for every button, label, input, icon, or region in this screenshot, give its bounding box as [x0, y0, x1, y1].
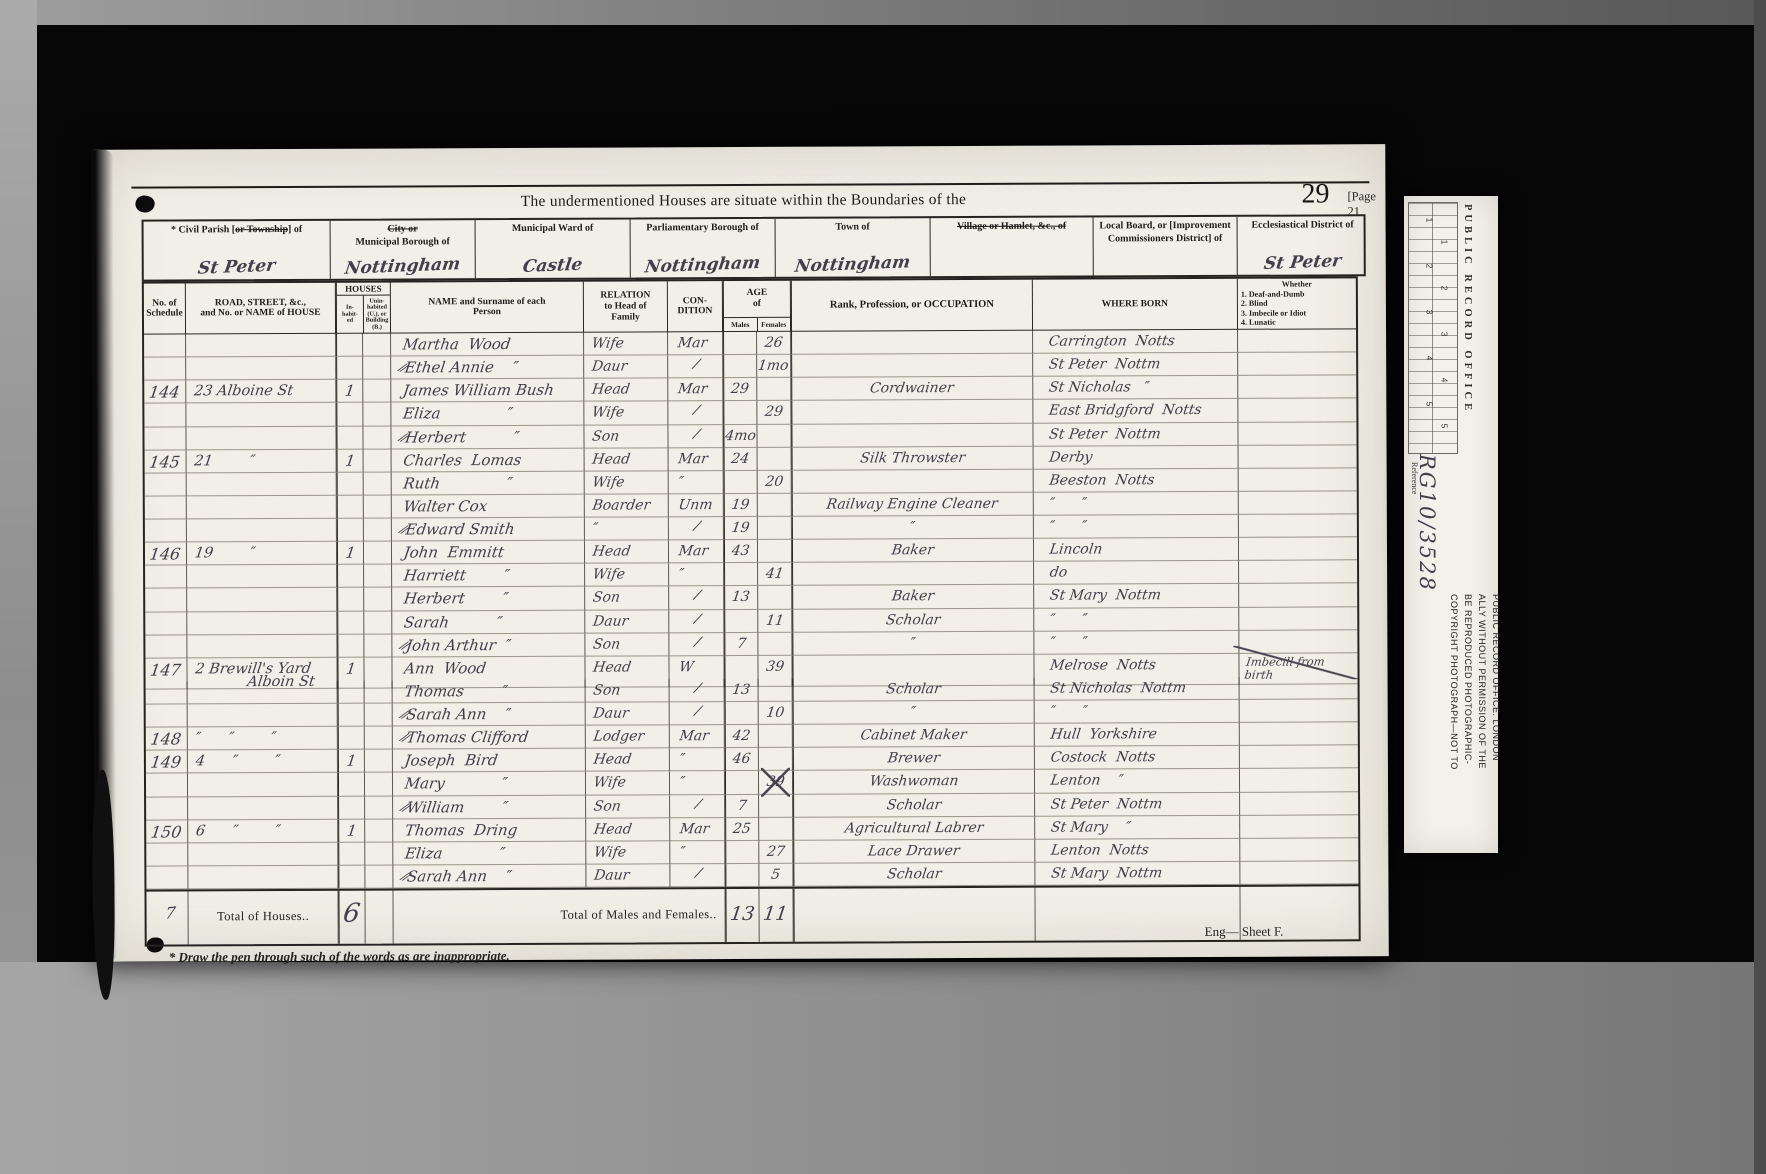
- cell-born: St Peter Nottm: [1035, 792, 1240, 816]
- cell-uninhabited: [364, 565, 392, 588]
- cell-relation: Son: [585, 633, 669, 656]
- sheet-note: Eng— Sheet F.: [1205, 924, 1284, 940]
- handwritten-born: St Mary ″: [1050, 816, 1132, 834]
- cell-remark: [1239, 561, 1357, 585]
- cell-condition: Mar: [668, 332, 723, 355]
- cell-relation: Wife: [586, 772, 670, 795]
- cell-age_m: 24: [724, 448, 758, 471]
- cell-name: ∕∕Sarah Ann ″: [393, 865, 586, 889]
- cell-uninhabited: [364, 542, 392, 565]
- cell-inhabited: 1: [337, 449, 364, 472]
- header-field: Village or Hamlet, &c., of: [931, 217, 1094, 276]
- cell-schedule: 150: [146, 820, 188, 843]
- totals-row: 7 Total of Houses.. 6 Total of Males and…: [146, 884, 1358, 944]
- cell-age_f: [758, 540, 792, 563]
- cell-condition: ∕: [668, 401, 723, 424]
- handwritten-condition: Mar: [677, 448, 709, 466]
- handwritten-field-value: Nottingham: [629, 250, 777, 277]
- handwritten-condition: ∕: [692, 403, 701, 417]
- field-label: Parliamentary Borough of: [631, 222, 775, 235]
- cell-age_m: [725, 841, 759, 864]
- scale-number: 4: [1439, 378, 1449, 383]
- handwritten-condition: ∕: [694, 704, 703, 718]
- cell-remark: [1240, 815, 1358, 839]
- cell-age_f: [759, 679, 793, 702]
- cell-age_f: 27: [759, 841, 793, 864]
- cell-inhabited: [338, 773, 365, 796]
- cell-name: ∕∕Edward Smith: [392, 518, 585, 542]
- col-schedule: No. of Schedule: [144, 283, 186, 334]
- handwritten-born: ″ ″: [1049, 631, 1089, 649]
- cell-age_f: 26: [757, 332, 791, 355]
- cell-age_f: [759, 725, 793, 748]
- handwritten-relation: Head: [593, 749, 633, 767]
- cell-condition: Mar: [669, 448, 724, 471]
- cell-inhabited: [336, 426, 363, 449]
- header-field: City orMunicipal Borough ofNottingham: [331, 220, 476, 279]
- cell-road: [186, 334, 336, 358]
- handwritten-born: Hull Yorkshire: [1050, 723, 1159, 741]
- cell-age_m: 42: [725, 725, 759, 748]
- cell-occupation: Brewer: [793, 747, 1035, 771]
- handwritten-schedule: 147: [149, 658, 182, 678]
- header-field: Local Board, or [ImprovementCommissioner…: [1094, 217, 1238, 276]
- field-label-text: Town of: [835, 221, 869, 232]
- cell-name: ∕∕Ethel Annie ″: [391, 356, 584, 380]
- handwritten-reference-number: RG10/3528: [1416, 454, 1437, 684]
- cell-relation: Boarder: [585, 494, 669, 517]
- cell-road: 6 ″ ″: [188, 819, 338, 843]
- handwritten-age_f: 27: [766, 841, 786, 859]
- handwritten-field-value: Nottingham: [774, 249, 932, 276]
- cell-remark: [1239, 445, 1357, 469]
- cell-occupation: Cabinet Maker: [793, 724, 1035, 748]
- cell-inhabited: [338, 842, 365, 865]
- handwritten-relation: Wife: [591, 333, 626, 351]
- cell-uninhabited: [365, 704, 393, 727]
- handwritten-name: Herbert ″: [404, 425, 521, 445]
- handwritten-occupation: ″: [910, 701, 918, 719]
- handwritten-age_m: 7: [736, 794, 747, 812]
- handwritten-born: Melrose Notts: [1049, 654, 1157, 672]
- handwritten-age_m: 25: [732, 818, 752, 836]
- cell-born: ″ ″: [1034, 607, 1239, 631]
- header-field: Parliamentary Borough ofNottingham: [631, 219, 776, 278]
- copyright-line: ALLY WITHOUT PERMISSION OF THE: [1474, 594, 1488, 848]
- field-label-line: Town of: [776, 221, 930, 234]
- cell-schedule: [145, 566, 187, 589]
- handwritten-occupation: Agricultural Labrer: [844, 817, 985, 836]
- cell-age_m: 4mo: [723, 424, 757, 447]
- total-males-females-label: Total of Males and Females..: [393, 889, 724, 923]
- cell-remark: [1240, 769, 1358, 793]
- handwritten-relation: Wife: [592, 564, 627, 582]
- handwritten-age_m: 19: [731, 517, 751, 535]
- pro-reference-card: 1234512345 PUBLIC RECORD OFFICE Referenc…: [1404, 196, 1498, 853]
- handwritten-relation: Son: [592, 679, 621, 697]
- handwritten-name: Walter Cox: [402, 495, 488, 514]
- cell-condition: ∕: [669, 517, 724, 540]
- scale-number: 5: [1424, 402, 1434, 407]
- field-label-line: City or: [331, 223, 475, 236]
- col-age-title: AGE of: [724, 281, 790, 317]
- cell-inhabited: [336, 357, 363, 380]
- cell-name: ∕∕Thomas Clifford: [393, 726, 586, 750]
- handwritten-born: Derby: [1048, 446, 1094, 464]
- handwritten-age_f: 26: [763, 332, 783, 350]
- cell-occupation: Cordwainer: [791, 377, 1033, 401]
- cell-age_f: 5: [759, 864, 793, 887]
- handwritten-name: John Arthur ″: [405, 634, 512, 653]
- field-label: Local Board, or [ImprovementCommissioner…: [1094, 220, 1237, 246]
- field-label-line: Village or Hamlet, &c., of: [931, 220, 1093, 233]
- handwritten-field-value: Nottingham: [329, 252, 477, 279]
- handwritten-born: East Bridgford Notts: [1048, 399, 1203, 418]
- cell-road: [188, 843, 338, 867]
- cell-born: Carrington Notts: [1033, 330, 1238, 354]
- cell-remark: [1238, 422, 1356, 446]
- cell-occupation: Baker: [792, 585, 1034, 609]
- cell-condition: ∕: [670, 795, 725, 818]
- cell-relation: Wife: [584, 332, 668, 355]
- cell-blank: [365, 891, 393, 944]
- cell-relation: Wife: [586, 841, 670, 864]
- handwritten-age_m: 42: [732, 725, 752, 743]
- cell-relation: Lodger: [586, 725, 670, 748]
- cell-relation: Son: [585, 587, 669, 610]
- handwritten-inhabited: 1: [345, 657, 357, 676]
- cell-inhabited: [338, 866, 365, 889]
- cell-born: Lincoln: [1034, 538, 1239, 562]
- total-houses-label: Total of Houses..: [188, 891, 337, 925]
- handwritten-name: Sarah Ann ″: [406, 865, 513, 884]
- table-header: No. of Schedule ROAD, STREET, &c., and N…: [144, 278, 1356, 334]
- cell-occupation: Scholar: [793, 863, 1035, 887]
- cell-age_m: 19: [724, 517, 758, 540]
- cell-name: ∕∕John Arthur ″: [392, 633, 585, 657]
- cell-age_f: 29: [757, 401, 791, 424]
- cell-condition: Mar: [670, 818, 725, 841]
- cell-age_m: 7: [725, 794, 759, 817]
- cell-occupation: [791, 331, 1033, 355]
- cell-schedule: [145, 635, 187, 658]
- handwritten-schedule: 146: [149, 543, 182, 563]
- handwritten-occupation: Baker: [891, 586, 936, 604]
- cell-age_m: [724, 563, 758, 586]
- cell-occupation: Scholar: [792, 608, 1034, 632]
- cell-occupation: ″: [792, 516, 1034, 540]
- cell-age_m: [725, 702, 759, 725]
- handwritten-occupation: Baker: [891, 539, 936, 557]
- cell-remark: [1240, 792, 1358, 816]
- field-label-line: Commissioners District] of: [1094, 232, 1237, 245]
- cell-born: St Peter Nottm: [1033, 422, 1238, 446]
- handwritten-relation: Daur: [593, 864, 631, 882]
- handwritten-age_m: 19: [731, 494, 751, 512]
- col-age-males: Males: [724, 318, 758, 332]
- cell-road: 21 ″: [187, 449, 337, 473]
- handwritten-total-males: 13: [729, 901, 756, 924]
- cell-occupation: Silk Throwster: [792, 446, 1034, 470]
- cell-condition: ″: [669, 471, 724, 494]
- copyright-notice: COPYRIGHT PHOTOGRAPH—NOT TOBE REPRODUCED…: [1446, 594, 1502, 848]
- cell-occupation: [791, 400, 1033, 424]
- cell-name: ∕∕Herbert ″: [391, 425, 584, 449]
- handwritten-relation: Head: [591, 448, 631, 466]
- cell-name: Eliza ″: [391, 402, 584, 426]
- cell-road: [186, 403, 336, 427]
- cell-remark: [1240, 699, 1358, 723]
- cell-age_f: [758, 447, 792, 470]
- cell-road: [187, 634, 337, 658]
- handwritten-age_f: 1mo: [757, 355, 790, 373]
- handwritten-age_f: 11: [765, 609, 785, 627]
- cell-uninhabited: [365, 750, 393, 773]
- cell-relation: Daur: [586, 702, 670, 725]
- field-label-text: ] of: [288, 224, 302, 235]
- handwritten-born: Costock Notts: [1050, 746, 1157, 764]
- handwritten-occupation: Scholar: [885, 678, 942, 696]
- cell-age_f: [758, 586, 792, 609]
- cell-road: [187, 565, 337, 589]
- field-label: Town of: [776, 221, 930, 234]
- cell-relation: Head: [585, 448, 669, 471]
- handwritten-age_f: 41: [764, 563, 784, 581]
- cell-uninhabited: [364, 634, 392, 657]
- cell-name: Ruth ″: [392, 471, 585, 495]
- cell-inhabited: 1: [336, 380, 363, 403]
- handwritten-relation: Lodger: [593, 726, 646, 744]
- cell-remark: [1239, 491, 1357, 515]
- field-label-text: City or: [387, 223, 417, 234]
- cell-relation: Head: [585, 540, 669, 563]
- handwritten-condition: ∕: [693, 681, 702, 695]
- handwritten-occupation: Cordwainer: [869, 377, 955, 395]
- cell-age_m: 13: [724, 586, 758, 609]
- scale-number: 3: [1439, 332, 1449, 337]
- cell-inhabited: [338, 727, 365, 750]
- handwritten-inhabited: 1: [345, 750, 357, 769]
- handwritten-born: St Peter Nottm: [1048, 423, 1162, 441]
- cell-remark: [1238, 376, 1356, 400]
- handwritten-condition: Mar: [679, 725, 711, 743]
- cell-road: [186, 426, 336, 450]
- col-houses-title: HOUSES: [337, 283, 390, 296]
- cell-schedule: [145, 496, 187, 519]
- cell-road: [188, 866, 338, 890]
- cell-remark: [1240, 861, 1358, 885]
- cell-inhabited: [336, 403, 363, 426]
- cell-condition: ∕: [669, 610, 724, 633]
- cell-occupation: Scholar: [793, 678, 1035, 702]
- cell-schedule: [146, 866, 188, 889]
- handwritten-schedule: 145: [148, 450, 181, 470]
- cell-condition: ″: [670, 771, 725, 794]
- cell-schedule: [146, 843, 188, 866]
- handwritten-age_m: 13: [731, 679, 751, 697]
- cell-condition: ∕: [670, 864, 725, 887]
- cell-age_m: [723, 355, 757, 378]
- cell-remark: [1239, 537, 1357, 561]
- handwritten-name: Eliza ″: [404, 842, 507, 861]
- handwritten-schedule: 148: [150, 728, 183, 748]
- cell-schedule: 144: [144, 381, 186, 404]
- handwritten-name: Thomas ″: [403, 680, 509, 699]
- cell-condition: ∕: [669, 586, 724, 609]
- cell-born: St Peter Nottm: [1033, 353, 1238, 377]
- cell-relation: Daur: [586, 864, 670, 887]
- cell-uninhabited: [363, 380, 391, 403]
- cell-uninhabited: [365, 842, 393, 865]
- cell-uninhabited: [365, 865, 393, 888]
- field-label-line: Parliamentary Borough of: [631, 222, 775, 235]
- cell-inhabited: [337, 634, 364, 657]
- handwritten-field-value: Castle: [474, 251, 632, 278]
- cell-remark: [1239, 630, 1357, 654]
- cell-born: St Mary ″: [1035, 815, 1240, 839]
- handwritten-born: St Peter Nottm: [1048, 353, 1162, 371]
- cell-uninhabited: [364, 519, 392, 542]
- photo-margin-right: [1754, 0, 1766, 1174]
- cell-relation: Wife: [584, 402, 668, 425]
- cell-born: Costock Notts: [1035, 746, 1240, 770]
- handwritten-occupation: Scholar: [885, 609, 942, 627]
- col-where-born: WHERE BORN: [1033, 279, 1238, 331]
- cell-inhabited: [336, 334, 363, 357]
- cell-occupation: Railway Engine Cleaner: [792, 493, 1034, 517]
- cell-schedule: [145, 473, 187, 496]
- cell-inhabited: 1: [338, 750, 365, 773]
- cell-occupation: Baker: [792, 539, 1034, 563]
- handwritten-born: ″ ″: [1049, 515, 1089, 533]
- cell-age_m: 29: [723, 378, 757, 401]
- cell-schedule: [146, 797, 188, 820]
- cell-road: ″ ″ ″: [188, 727, 338, 751]
- cell-occupation: [792, 469, 1034, 493]
- scale-number: 3: [1424, 310, 1434, 315]
- cell-age_f: [758, 517, 792, 540]
- handwritten-born: St Peter Nottm: [1050, 793, 1164, 811]
- handwritten-relation: Son: [592, 587, 621, 605]
- cell-remark: [1238, 352, 1356, 376]
- census-sheet: The undermentioned Houses are situate wi…: [93, 144, 1389, 962]
- whether-item: 3. Imbecile or Idiot: [1241, 308, 1306, 318]
- field-label-text: Local Board, or [Improvement: [1099, 220, 1230, 232]
- handwritten-occupation: Scholar: [886, 794, 943, 812]
- cell-condition: Mar: [670, 725, 725, 748]
- col-name: NAME and Surname of each Person: [391, 282, 584, 334]
- field-label-text: Parliamentary Borough of: [646, 222, 759, 233]
- cell-name: Herbert ″: [392, 587, 585, 611]
- cell-total-houses-label: Total of Houses..: [188, 891, 338, 945]
- handwritten-schedule: 149: [150, 751, 183, 771]
- cell-uninhabited: [364, 449, 392, 472]
- field-label-line: Local Board, or [Improvement: [1094, 220, 1237, 233]
- handwritten-condition: Unm: [678, 494, 715, 512]
- handwritten-total-houses: 6: [342, 897, 363, 927]
- handwritten-name: James William Bush: [402, 379, 555, 399]
- cell-relation: ″: [585, 517, 669, 540]
- handwritten-name: Harriett ″: [403, 564, 511, 583]
- cell-condition: ″: [670, 748, 725, 771]
- cell-road: 4 ″ ″: [188, 750, 338, 774]
- handwritten-condition: Mar: [677, 378, 709, 396]
- cell-condition: Mar: [668, 378, 723, 401]
- handwritten-road: ″ ″ ″: [195, 727, 278, 746]
- handwritten-condition: ∕: [693, 519, 702, 533]
- scale-number: 1: [1439, 240, 1449, 245]
- handwritten-name: William ″: [406, 796, 510, 815]
- cell-occupation: Washwoman: [793, 770, 1035, 794]
- handwritten-total-females: 11: [762, 901, 789, 924]
- handwritten-field-value: St Peter: [142, 252, 332, 280]
- handwritten-born: Lenton ″: [1050, 770, 1125, 788]
- cell-occupation: [791, 354, 1033, 378]
- col-age-females: Females: [757, 317, 790, 331]
- scanned-census-photograph: The undermentioned Houses are situate wi…: [0, 0, 1766, 1174]
- handwritten-occupation: Brewer: [887, 747, 942, 765]
- cell-condition: ″: [669, 563, 724, 586]
- field-label: * Civil Parish [or Township] of: [144, 224, 330, 237]
- cell-remark: [1239, 514, 1357, 538]
- cell-relation: Wife: [585, 471, 669, 494]
- cell-occupation: ″: [792, 631, 1034, 655]
- cell-inhabited: [337, 588, 364, 611]
- cell-name: Thomas ″: [393, 680, 586, 704]
- handwritten-born: St Mary Nottm: [1050, 862, 1164, 880]
- handwritten-born: Carrington Notts: [1048, 330, 1176, 349]
- handwritten-born: ″ ″: [1049, 700, 1089, 718]
- cell-uninhabited: [364, 495, 392, 518]
- cell-condition: ∕: [670, 702, 725, 725]
- cell-schedule: [145, 589, 187, 612]
- handwritten-age_f: 39: [765, 656, 785, 674]
- cell-road: 23 Alboine St: [186, 380, 336, 404]
- handwritten-occupation: ″: [910, 632, 918, 650]
- cell-relation: Head: [586, 749, 670, 772]
- col-relation: RELATION to Head of Family: [584, 281, 668, 332]
- handwritten-born: do: [1049, 562, 1069, 580]
- cell-road: [187, 588, 337, 612]
- handwritten-inhabited: 1: [344, 380, 356, 399]
- cell-occupation: [791, 423, 1033, 447]
- cell-schedule: [144, 358, 186, 381]
- handwritten-condition: ∕: [694, 866, 703, 880]
- handwritten-relation: Son: [593, 795, 622, 813]
- cell-relation: Head: [584, 379, 668, 402]
- cell-name: Walter Cox: [392, 495, 585, 519]
- handwritten-road: 19 ″: [194, 542, 257, 561]
- cell-age_m: [725, 864, 759, 887]
- cell-total-houses-value: 6: [338, 891, 365, 944]
- cell-relation: Son: [584, 425, 668, 448]
- cell-name: Mary ″: [393, 772, 586, 796]
- scale-number: 2: [1424, 264, 1434, 269]
- cell-road: [188, 796, 338, 820]
- handwritten-born: Lenton Notts: [1050, 839, 1150, 857]
- photo-margin-top: [0, 0, 1766, 25]
- field-label-line: Ecclesiastical District of: [1238, 219, 1368, 232]
- cell-age_f: 39: [759, 771, 793, 794]
- cell-condition: ∕: [669, 633, 724, 656]
- cell-page-tally: 7: [146, 891, 188, 944]
- handwritten-name: Ethel Annie ″: [404, 356, 520, 376]
- handwritten-relation: Daur: [591, 356, 629, 374]
- cell-age_m: [725, 771, 759, 794]
- cell-uninhabited: [363, 334, 391, 357]
- cell-schedule: [144, 427, 186, 450]
- cell-remark: [1239, 468, 1357, 492]
